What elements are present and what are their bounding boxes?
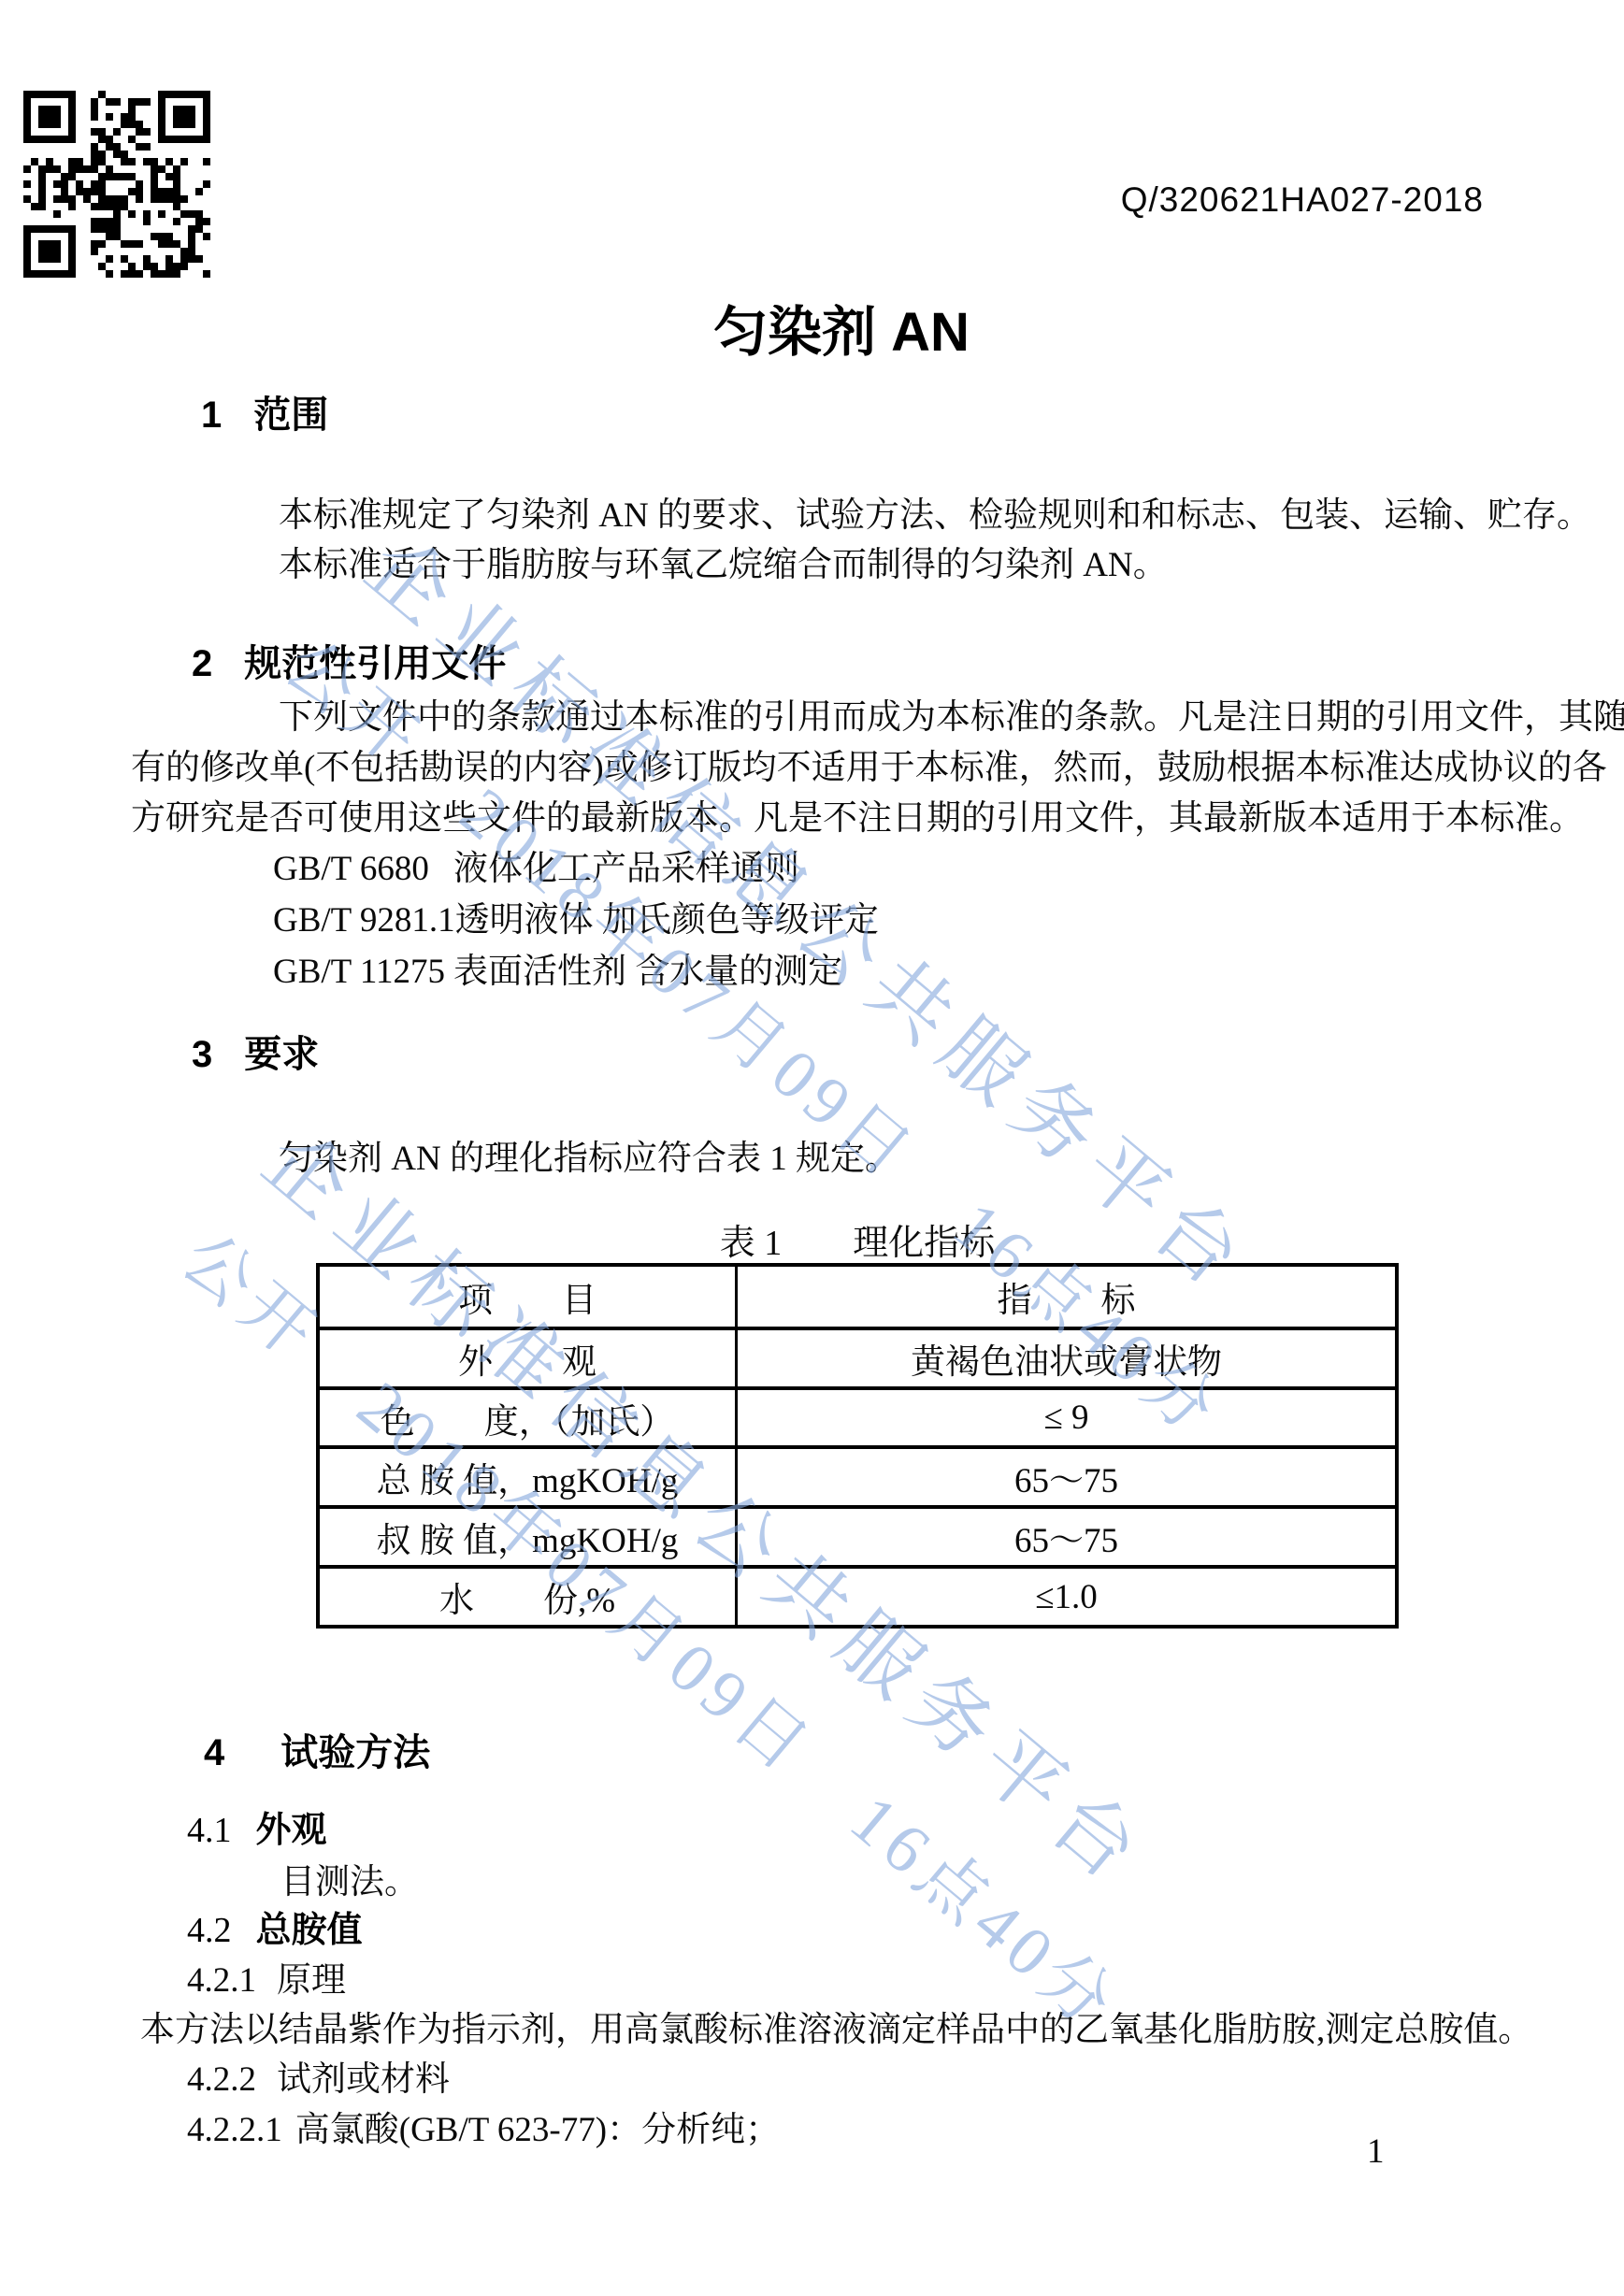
page-number: 1 [1367, 2131, 1385, 2172]
page-title: 匀染剂 AN [59, 288, 1624, 366]
section-3-number: 3 [192, 1034, 212, 1076]
section-4-1-body: 目测法。 [280, 1853, 419, 1903]
reference-gbt-11275: GB/T 11275表面活性剂 含水量的测定 [273, 942, 842, 993]
reference-title: 液体化工产品采样通则 [453, 850, 799, 888]
table-row-water-label: 水 份,% [320, 1565, 738, 1625]
section-4-2-heading: 4.2总胺值 [187, 1901, 363, 1952]
reference-gbt-6680: GB/T 6680液体化工产品采样通则 [273, 839, 799, 890]
section-4-1-number: 4.1 [187, 1810, 232, 1851]
section-4-number: 4 [204, 1732, 224, 1774]
section-4-2-1-number: 4.2.1 [187, 1960, 256, 2001]
table-row-color-value: ≤ 9 [738, 1386, 1395, 1446]
section-2-paragraph-line-1: 下列文件中的条款通过本标准的引用而成为本标准的条款。凡是注日期的引用文件，其随后… [279, 688, 1624, 739]
section-4-title: 试验方法 [280, 1732, 430, 1773]
table-1: 项 目 指 标 外 观 黄褐色油状或膏状物 色 度，（加氏） ≤ 9 总 胺 值… [316, 1263, 1399, 1629]
table-row-appearance-label: 外 观 [320, 1327, 738, 1386]
reference-title: 透明液体 加氏颜色等级评定 [455, 901, 879, 940]
qr-code-svg [23, 89, 210, 280]
doc-number: Q/320621HA027-2018 [1121, 180, 1484, 220]
section-4-2-title: 总胺值 [256, 1911, 363, 1950]
section-4-2-2-heading: 4.2.2试剂或材料 [187, 2050, 450, 2101]
section-4-1-title: 外观 [256, 1811, 327, 1850]
section-4-2-1-title: 原理 [277, 1961, 346, 2000]
section-4-2-1-heading: 4.2.1原理 [187, 1951, 346, 2002]
section-2-paragraph-line-2: 有的修改单(不包括勘误的内容)或修订版均不适用于本标准，然而，鼓励根据本标准达成… [131, 739, 1607, 789]
section-1-number: 1 [201, 395, 222, 437]
qr-code-icon [23, 89, 210, 280]
table-row-total-amine-label: 总 胺 值，mgKOH/g [320, 1445, 738, 1505]
table-row-color-label: 色 度，（加氏） [320, 1386, 738, 1446]
table-row-tertiary-amine-label: 叔 胺 值，mgKOH/g [320, 1505, 738, 1565]
reference-code: GB/T 6680 [273, 849, 453, 889]
reference-code: GB/T 9281.1 [273, 900, 455, 940]
table-1-caption: 表 1 理化指标 [316, 1213, 1399, 1265]
section-1-paragraph-1: 本标准规定了匀染剂 AN 的要求、试验方法、检验规则和和标志、包装、运输、贮存。 [279, 486, 1591, 537]
section-2-number: 2 [192, 643, 212, 685]
table-row-water-value: ≤1.0 [738, 1565, 1395, 1625]
section-1-title: 范围 [253, 395, 328, 436]
section-1-paragraph-2: 本标准适合于脂肪胺与环氧乙烷缩合而制得的匀染剂 AN。 [279, 536, 1168, 586]
reference-code: GB/T 11275 [273, 952, 453, 992]
section-4-heading: 4试验方法 [204, 1723, 430, 1776]
table-row-tertiary-amine-value: 65～75 [738, 1505, 1395, 1565]
table-header-item: 项 目 [320, 1267, 738, 1327]
section-4-2-number: 4.2 [187, 1910, 232, 1951]
section-4-1-heading: 4.1外观 [187, 1801, 327, 1852]
section-4-2-1-body: 本方法以结晶紫作为指示剂，用高氯酸标准溶液滴定样品中的乙氧基化脂肪胺,测定总胺值… [140, 2001, 1532, 2051]
section-2-title: 规范性引用文件 [244, 643, 506, 684]
document-page: Q/320621HA027-2018 匀染剂 AN 1范围 本标准规定了匀染剂 … [0, 0, 1624, 2296]
table-header-index: 指 标 [738, 1267, 1395, 1327]
table-row-total-amine-value: 65～75 [738, 1445, 1395, 1505]
reference-title: 表面活性剂 含水量的测定 [453, 953, 842, 991]
table-row-appearance-value: 黄褐色油状或膏状物 [738, 1327, 1395, 1386]
section-2-paragraph-line-3: 方研究是否可使用这些文件的最新版本。凡是不注日期的引用文件，其最新版本适用于本标… [131, 789, 1584, 839]
section-3-title: 要求 [244, 1034, 319, 1075]
section-2-heading: 2规范性引用文件 [192, 634, 506, 687]
section-1-heading: 1范围 [201, 385, 328, 438]
section-3-heading: 3要求 [192, 1025, 319, 1078]
section-3-paragraph: 匀染剂 AN 的理化指标应符合表 1 规定。 [279, 1129, 899, 1180]
section-4-2-2-1-text: 高氯酸(GB/T 623-77)：分析纯； [295, 2111, 780, 2149]
section-4-2-2-1-line: 4.2.2.1高氯酸(GB/T 623-77)：分析纯； [187, 2101, 780, 2151]
section-4-2-2-title: 试剂或材料 [277, 2060, 450, 2099]
section-4-2-2-1-number: 4.2.2.1 [187, 2110, 282, 2150]
section-4-2-2-number: 4.2.2 [187, 2059, 256, 2100]
reference-gbt-9281-1: GB/T 9281.1透明液体 加氏颜色等级评定 [273, 891, 879, 941]
